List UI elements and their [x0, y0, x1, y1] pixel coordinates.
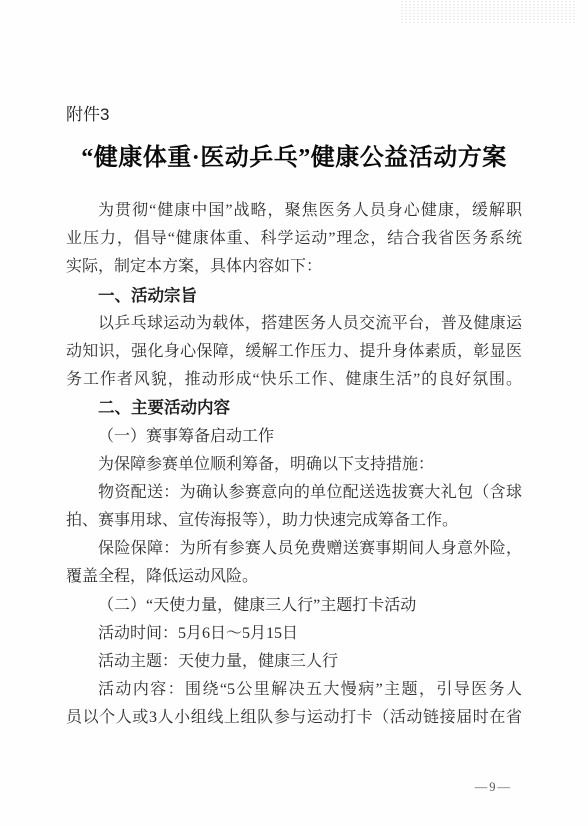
body-line: 实际，制定本方案，具体内容如下：	[66, 253, 522, 281]
body-line: 以乒乓球运动为载体，搭建医务人员交流平台，普及健康运	[66, 310, 522, 338]
body-line: 动知识，强化身心保障，缓解工作压力、提升身体素质，彰显医	[66, 338, 522, 366]
body-line: 活动时间：5月6日～5月15日	[66, 620, 522, 648]
body-line: 员以个人或3人小组线上组队参与运动打卡（活动链接届时在省	[66, 704, 522, 732]
document-page: 附件3 “健康体重·医动乒乓”健康公益活动方案 为贯彻“健康中国”战略，聚焦医务…	[0, 0, 588, 826]
subheading-line: （二）“天使力量，健康三人行”主题打卡活动	[66, 592, 522, 620]
body-line: 覆盖全程，降低运动风险。	[66, 563, 522, 591]
page-number: —9—	[475, 779, 512, 795]
body-line: 业压力，倡导“健康体重、科学运动”理念，结合我省医务系统	[66, 225, 522, 253]
body-line: 活动内容：围绕“5公里解决五大慢病”主题，引导医务人	[66, 676, 522, 704]
body-line: 物资配送：为确认参赛意向的单位配送选拔赛大礼包（含球	[66, 479, 522, 507]
body-line: 活动主题：天使力量，健康三人行	[66, 648, 522, 676]
heading-line: 一、活动宗旨	[66, 282, 522, 310]
subheading-line: （一）赛事筹备启动工作	[66, 423, 522, 451]
body-line: 为保障参赛单位顺利筹备，明确以下支持措施：	[66, 451, 522, 479]
body-line: 保险保障：为所有参赛人员免费赠送赛事期间人身意外险，	[66, 535, 522, 563]
body-line: 务工作者风貌，推动形成“快乐工作、健康生活”的良好氛围。	[66, 366, 522, 394]
document-body: 为贯彻“健康中国”战略，聚焦医务人员身心健康，缓解职业压力，倡导“健康体重、科学…	[66, 197, 522, 733]
heading-line: 二、主要活动内容	[66, 394, 522, 422]
document-title: “健康体重·医动乒乓”健康公益活动方案	[34, 142, 554, 174]
attachment-label: 附件3	[66, 104, 109, 126]
body-line: 拍、赛事用球、宣传海报等），助力快速完成筹备工作。	[66, 507, 522, 535]
scan-noise-artifact	[400, 0, 575, 24]
body-line: 为贯彻“健康中国”战略，聚焦医务人员身心健康，缓解职	[66, 197, 522, 225]
